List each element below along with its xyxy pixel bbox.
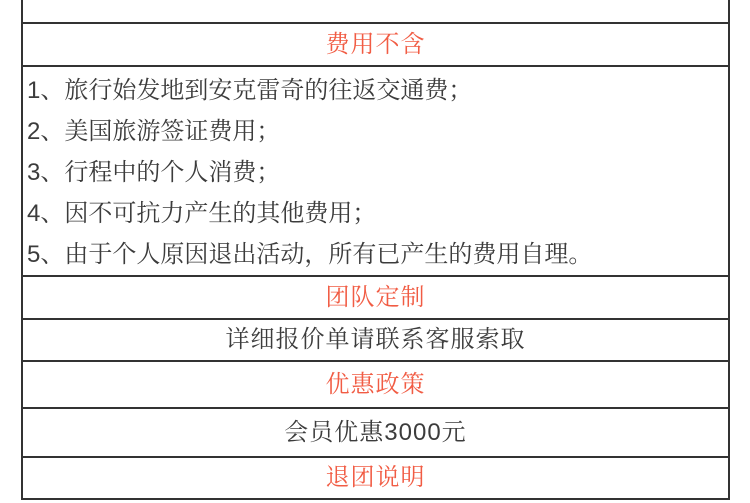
list-item-3: 3、行程中的个人消费； bbox=[27, 152, 722, 193]
list-item-4: 4、因不可抗力产生的其他费用； bbox=[27, 193, 722, 234]
team-custom-content-text: 详细报价单请联系客服索取 bbox=[226, 328, 526, 352]
team-custom-header-label: 团队定制 bbox=[326, 286, 426, 310]
discount-header-label: 优惠政策 bbox=[326, 373, 426, 397]
refund-header-label: 退团说明 bbox=[326, 466, 426, 490]
travel-info-table: 费用不含 1、旅行始发地到安克雷奇的往返交通费； 2、美国旅游签证费用； 3、行… bbox=[21, 0, 730, 500]
team-custom-content-row: 详细报价单请联系客服索取 bbox=[23, 320, 728, 362]
fees-excluded-list: 1、旅行始发地到安克雷奇的往返交通费； 2、美国旅游签证费用； 3、行程中的个人… bbox=[23, 67, 728, 277]
discount-content-text: 会员优惠3000元 bbox=[284, 421, 466, 445]
truncated-top-row bbox=[23, 0, 728, 24]
discount-content-row: 会员优惠3000元 bbox=[23, 409, 728, 458]
section-header-fees-excluded: 费用不含 bbox=[23, 24, 728, 67]
section-header-team-custom: 团队定制 bbox=[23, 277, 728, 320]
list-item-2: 2、美国旅游签证费用； bbox=[27, 111, 722, 152]
list-item-1: 1、旅行始发地到安克雷奇的往返交通费； bbox=[27, 70, 722, 111]
section-header-discount: 优惠政策 bbox=[23, 362, 728, 409]
section-header-refund: 退团说明 bbox=[23, 458, 728, 500]
list-item-5: 5、由于个人原因退出活动，所有已产生的费用自理。 bbox=[27, 234, 722, 275]
page: 费用不含 1、旅行始发地到安克雷奇的往返交通费； 2、美国旅游签证费用； 3、行… bbox=[0, 0, 750, 503]
fees-excluded-header-label: 费用不含 bbox=[326, 33, 426, 57]
